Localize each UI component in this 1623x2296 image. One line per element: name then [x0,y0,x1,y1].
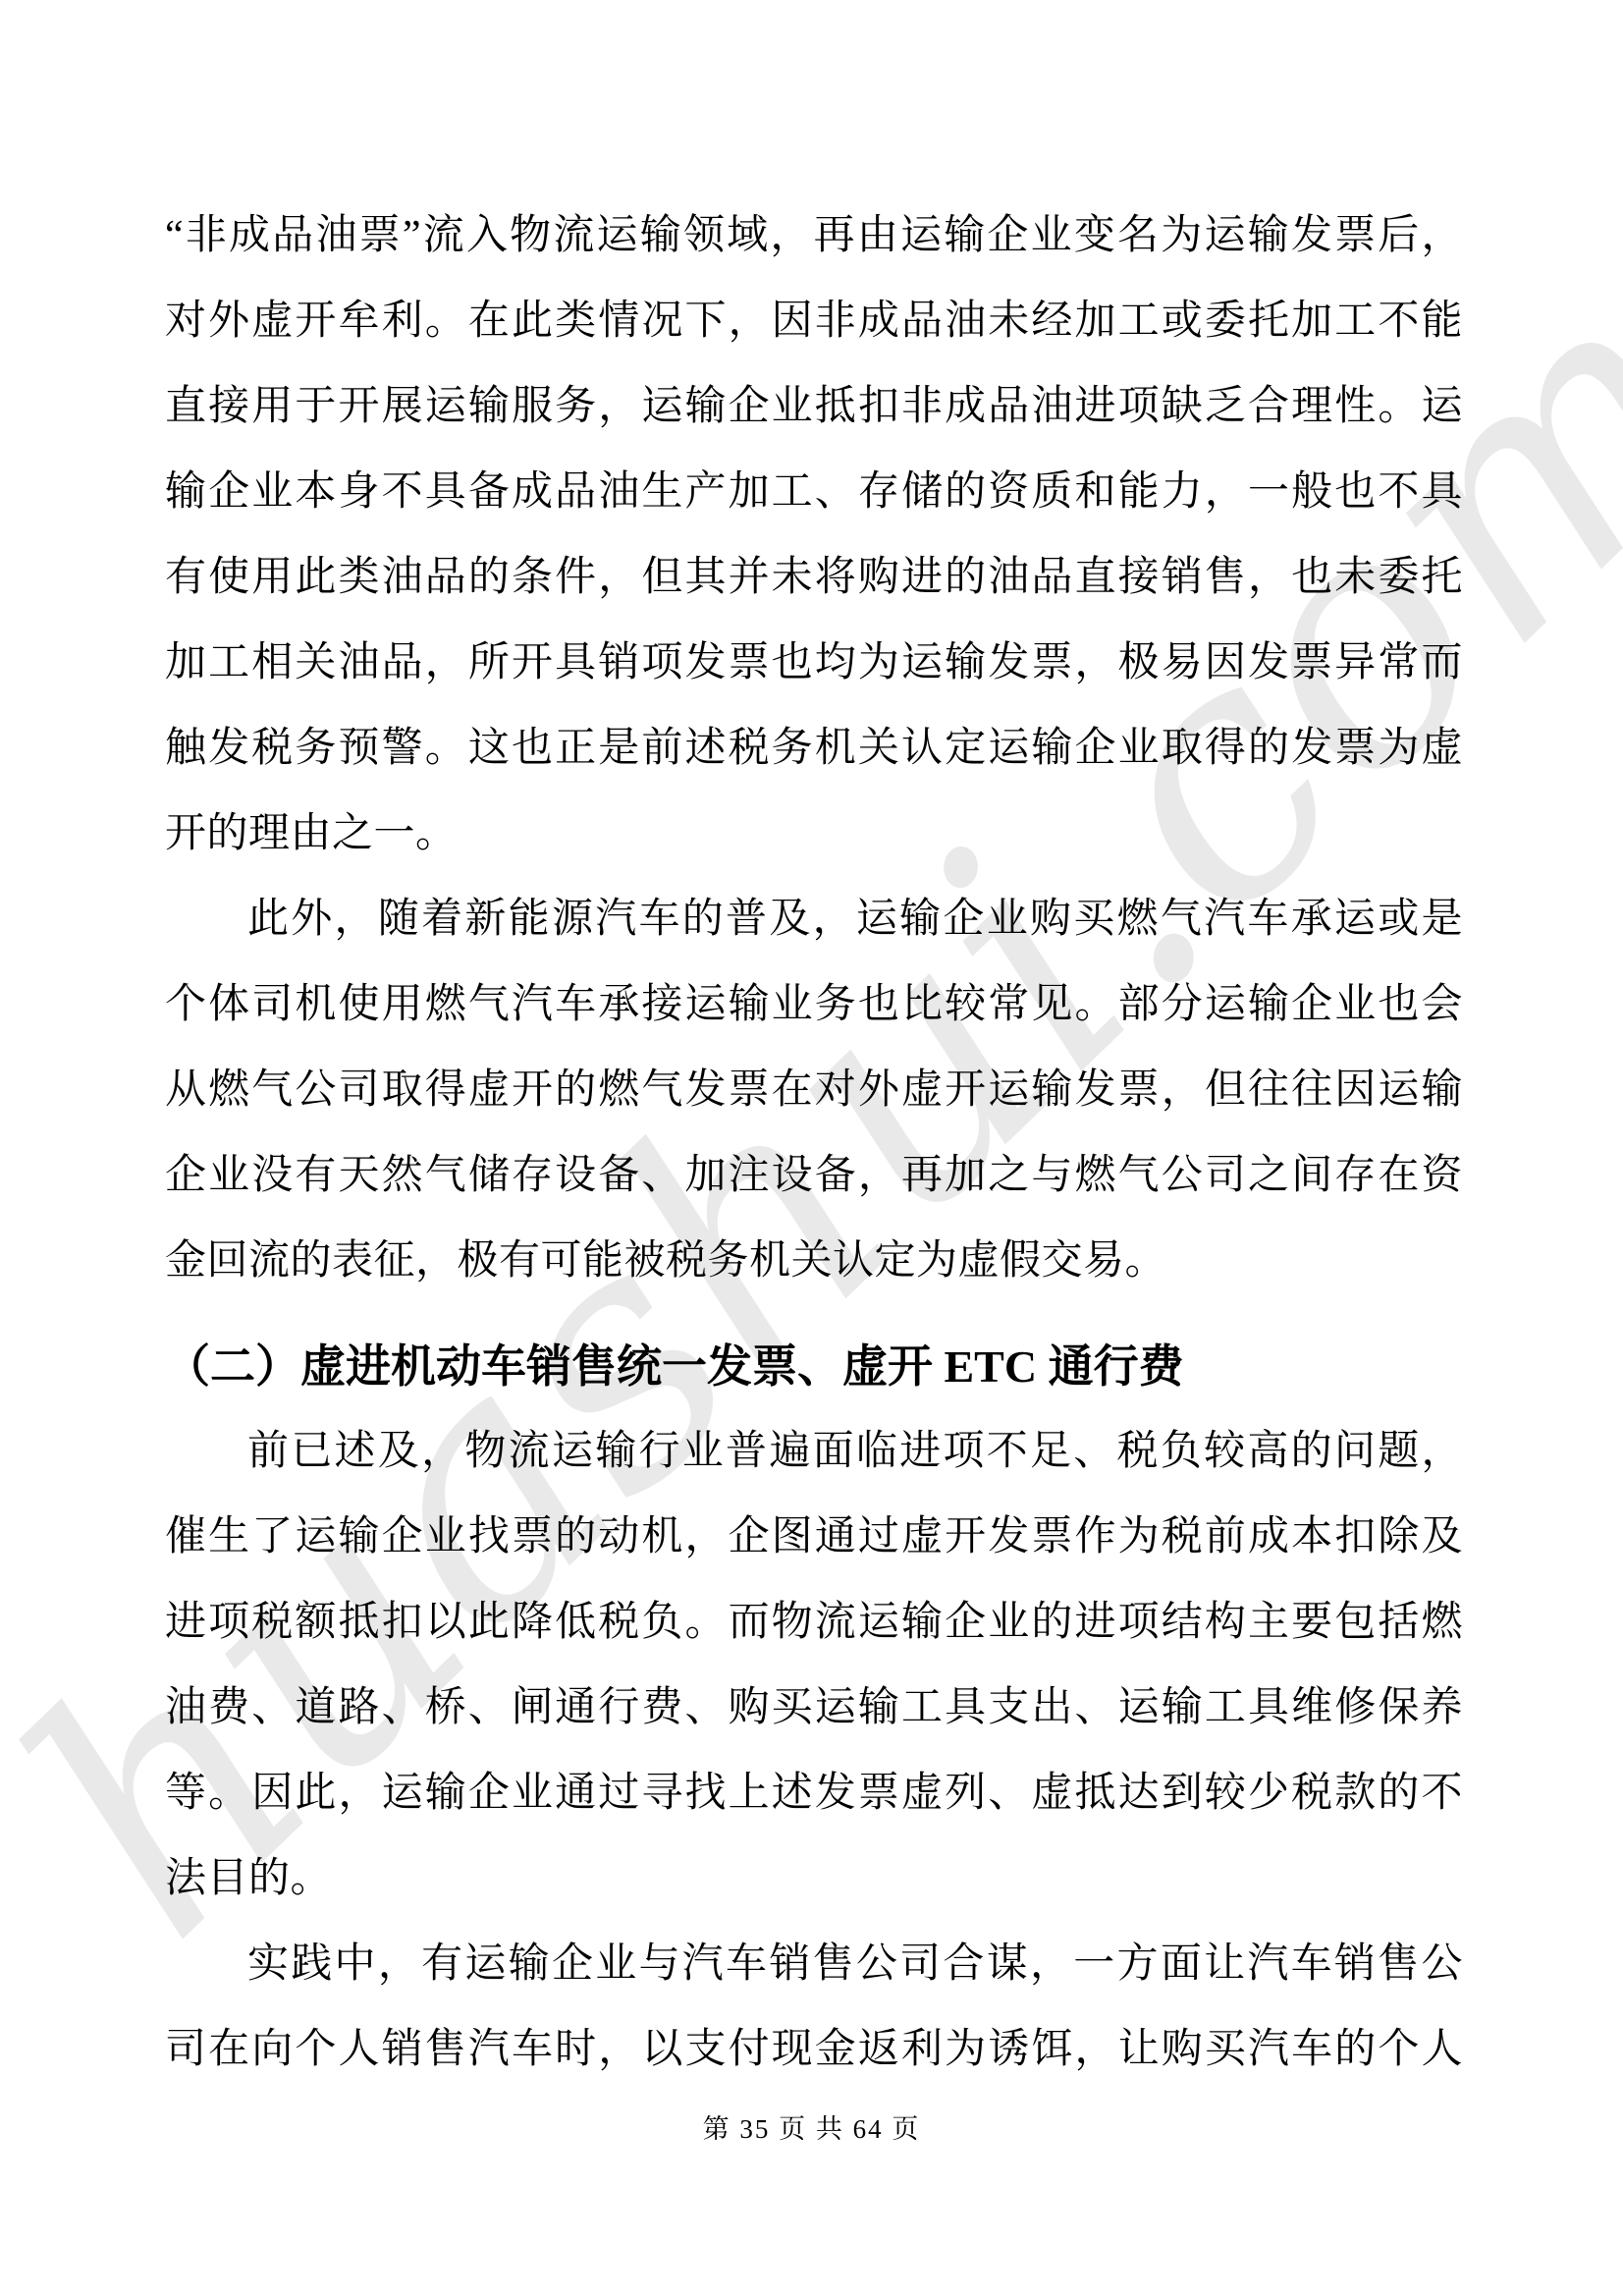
paragraph-gas-vehicles: 此外，随着新能源汽车的普及，运输企业购买燃气汽车承运或是 个体司机使用燃气汽车承… [165,877,1463,1304]
text-line: “非成品油票”流入物流运输领域，再由运输企业变名为运输发票后， [165,193,1463,279]
page-footer: 第 35 页 共 64 页 [0,2109,1623,2149]
text-line: 企业没有天然气储存设备、加注设备，再加之与燃气公司之间存在资 [165,1133,1463,1219]
text-line: 输企业本身不具备成品油生产加工、存储的资质和能力，一般也不具 [165,450,1463,535]
text-line: 催生了运输企业找票的动机，企图通过虚开发票作为税前成本扣除及 [165,1495,1463,1580]
text-line: 司在向个人销售汽车时，以支付现金返利为诱饵，让购买汽车的个人 [165,2007,1463,2093]
text-line: 法目的。 [165,1836,1463,1922]
paragraph-input-structure: 前已述及，物流运输行业普遍面临进项不足、税负较高的问题， 催生了运输企业找票的动… [165,1409,1463,1922]
paragraph-car-dealer-collusion: 实践中，有运输企业与汽车销售公司合谋，一方面让汽车销售公 司在向个人销售汽车时，… [165,1922,1463,2093]
text-line: 前已述及，物流运输行业普遍面临进项不足、税负较高的问题， [165,1409,1463,1495]
text-line: 触发税务预警。这也正是前述税务机关认定运输企业取得的发票为虚 [165,706,1463,792]
text-line: 等。因此，运输企业通过寻找上述发票虚列、虚抵达到较少税款的不 [165,1751,1463,1836]
text-line: 从燃气公司取得虚开的燃气发票在对外虚开运输发票，但往往因运输 [165,1048,1463,1133]
text-line: 对外虚开牟利。在此类情况下，因非成品油未经加工或委托加工不能 [165,279,1463,364]
text-line: 直接用于开展运输服务，运输企业抵扣非成品油进项缺乏合理性。运 [165,364,1463,450]
text-line: 油费、道路、桥、闸通行费、购买运输工具支出、运输工具维修保养 [165,1666,1463,1751]
text-line: 加工相关油品，所开具销项发票也均为运输发票，极易因发票异常而 [165,621,1463,706]
section-heading: （二）虚进机动车销售统一发票、虚开 ETC 通行费 [165,1324,1463,1409]
text-line: 进项税额抵扣以此降低税负。而物流运输企业的进项结构主要包括燃 [165,1580,1463,1666]
document-page: huashui.com “非成品油票”流入物流运输领域，再由运输企业变名为运输发… [0,0,1623,2296]
text-line: 个体司机使用燃气汽车承接运输业务也比较常见。部分运输企业也会 [165,962,1463,1048]
document-body: “非成品油票”流入物流运输领域，再由运输企业变名为运输发票后， 对外虚开牟利。在… [165,193,1463,2093]
text-line: 实践中，有运输企业与汽车销售公司合谋，一方面让汽车销售公 [165,1922,1463,2007]
text-line: 金回流的表征，极有可能被税务机关认定为虚假交易。 [165,1219,1463,1304]
text-line: 此外，随着新能源汽车的普及，运输企业购买燃气汽车承运或是 [165,877,1463,962]
paragraph-oil-tickets: “非成品油票”流入物流运输领域，再由运输企业变名为运输发票后， 对外虚开牟利。在… [165,193,1463,877]
page-number-text: 第 35 页 共 64 页 [703,2114,921,2144]
text-line: 有使用此类油品的条件，但其并未将购进的油品直接销售，也未委托 [165,535,1463,621]
text-line: 开的理由之一。 [165,792,1463,877]
